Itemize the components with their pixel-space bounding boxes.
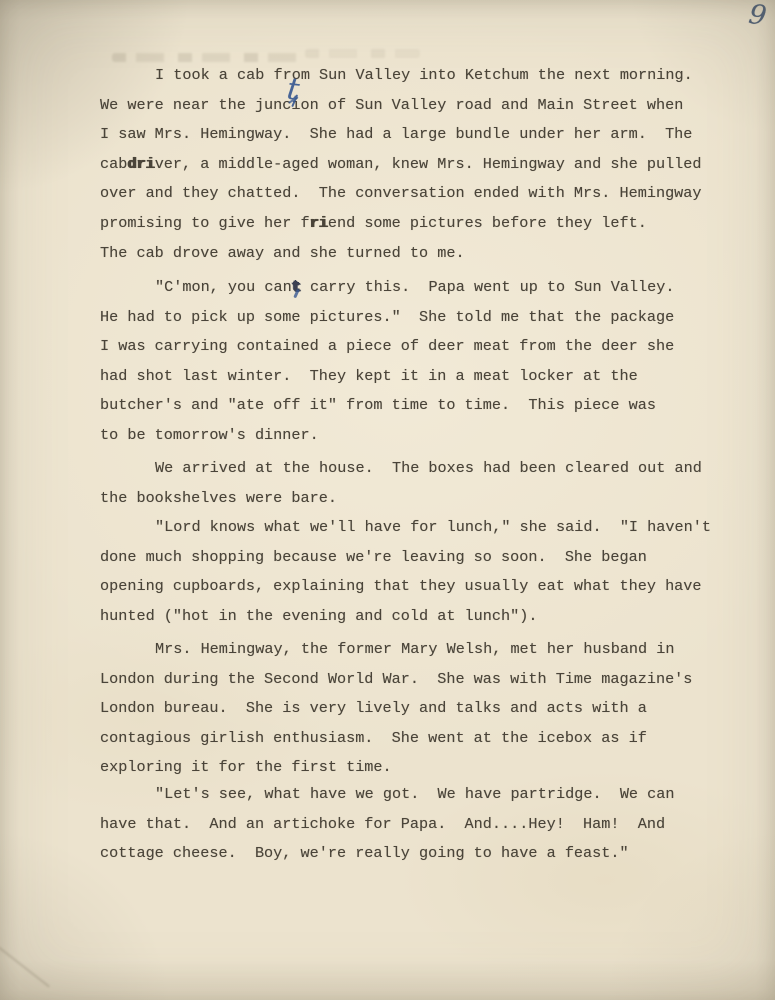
typed-line: contagious girlish enthusiasm. She went … xyxy=(100,724,750,754)
typed-line: cabdriver, a middle-aged woman, knew Mrs… xyxy=(100,150,750,180)
typed-line: opening cupboards, explaining that they … xyxy=(100,572,750,602)
typed-text: had shot last winter. They kept it in a … xyxy=(100,367,638,385)
typed-line: I took a cab from Sun Valley into Ketchu… xyxy=(100,61,750,91)
paragraph-5: Mrs. Hemingway, the former Mary Welsh, m… xyxy=(100,635,750,783)
typed-line: hunted ("hot in the evening and cold at … xyxy=(100,602,750,632)
typed-line: He had to pick up some pictures." She to… xyxy=(100,303,750,333)
typed-text: exploring it for the first time. xyxy=(100,758,392,776)
corrected-char: it xyxy=(291,96,300,114)
typed-text: ver, a middle-aged woman, knew Mrs. Hemi… xyxy=(155,155,702,173)
typed-text: on of Sun Valley road and Main Street wh… xyxy=(301,96,684,114)
typed-line: I was carrying contained a piece of deer… xyxy=(100,332,750,362)
typed-text-block: I took a cab from Sun Valley into Ketchu… xyxy=(100,0,750,1000)
typed-line: over and they chatted. The conversation … xyxy=(100,179,750,209)
typed-text: hunted ("hot in the evening and cold at … xyxy=(100,607,537,625)
typed-text: to be tomorrow's dinner. xyxy=(100,426,319,444)
typed-text: "Let's see, what have we got. We have pa… xyxy=(155,785,675,803)
typed-text: I saw Mrs. Hemingway. She had a large bu… xyxy=(100,125,692,143)
paragraph-2: "C'mon, you cant carry this. Papa went u… xyxy=(100,273,750,451)
typed-line: butcher's and "ate off it" from time to … xyxy=(100,391,750,421)
ink-blot: t xyxy=(292,278,301,296)
typed-line: done much shopping because we're leaving… xyxy=(100,543,750,573)
typed-text: We were near the junc xyxy=(100,96,291,114)
typed-text: I was carrying contained a piece of deer… xyxy=(100,337,674,355)
typed-text: We arrived at the house. The boxes had b… xyxy=(155,459,702,477)
typed-text: butcher's and "ate off it" from time to … xyxy=(100,396,656,414)
typed-text: London bureau. She is very lively and ta… xyxy=(100,699,647,717)
handwritten-insertion-mark: t xyxy=(286,74,302,105)
typed-text: cab xyxy=(100,155,127,173)
typed-text: contagious girlish enthusiasm. She went … xyxy=(100,729,647,747)
typed-text: The cab drove away and she turned to me. xyxy=(100,244,465,262)
overstruck-text: ri xyxy=(310,214,328,232)
typed-text: promising to give her f xyxy=(100,214,310,232)
typed-line: London bureau. She is very lively and ta… xyxy=(100,694,750,724)
typed-text: have that. And an artichoke for Papa. An… xyxy=(100,815,665,833)
typed-text: He had to pick up some pictures." She to… xyxy=(100,308,674,326)
typed-text: I took a cab from Sun Valley into Ketchu… xyxy=(155,66,693,84)
typed-line: We were near the junciton of Sun Valley … xyxy=(100,91,750,121)
typed-text: cottage cheese. Boy, we're really going … xyxy=(100,844,629,862)
typed-line: The cab drove away and she turned to me. xyxy=(100,239,750,269)
typed-line: cottage cheese. Boy, we're really going … xyxy=(100,839,750,869)
typed-line: I saw Mrs. Hemingway. She had a large bu… xyxy=(100,120,750,150)
typed-line: "C'mon, you cant carry this. Papa went u… xyxy=(100,273,750,303)
typed-line: the bookshelves were bare. xyxy=(100,484,750,514)
typed-text: opening cupboards, explaining that they … xyxy=(100,577,702,595)
paragraph-1: I took a cab from Sun Valley into Ketchu… xyxy=(100,61,750,268)
typed-line: have that. And an artichoke for Papa. An… xyxy=(100,810,750,840)
typed-line: exploring it for the first time. xyxy=(100,753,750,783)
typed-line: Mrs. Hemingway, the former Mary Welsh, m… xyxy=(100,635,750,665)
paper-crease xyxy=(0,947,50,988)
typed-text: "Lord knows what we'll have for lunch," … xyxy=(155,518,711,536)
paragraph-3: We arrived at the house. The boxes had b… xyxy=(100,454,750,513)
typed-text: carry this. Papa went up to Sun Valley. xyxy=(301,278,675,296)
typed-text: done much shopping because we're leaving… xyxy=(100,548,647,566)
typed-line: had shot last winter. They kept it in a … xyxy=(100,362,750,392)
typed-text: Mrs. Hemingway, the former Mary Welsh, m… xyxy=(155,640,675,658)
typed-text: London during the Second World War. She … xyxy=(100,670,692,688)
typed-line: We arrived at the house. The boxes had b… xyxy=(100,454,750,484)
typed-text: "C'mon, you can xyxy=(155,278,292,296)
typed-text: end some pictures before they left. xyxy=(328,214,647,232)
typed-line: "Let's see, what have we got. We have pa… xyxy=(100,780,750,810)
typed-text: over and they chatted. The conversation … xyxy=(100,184,702,202)
typed-line: London during the Second World War. She … xyxy=(100,665,750,695)
typed-line: "Lord knows what we'll have for lunch," … xyxy=(100,513,750,543)
overstruck-text: dri xyxy=(127,155,154,173)
typed-line: promising to give her friend some pictur… xyxy=(100,209,750,239)
paragraph-6: "Let's see, what have we got. We have pa… xyxy=(100,780,750,869)
typed-line: to be tomorrow's dinner. xyxy=(100,421,750,451)
typed-text: the bookshelves were bare. xyxy=(100,489,337,507)
manuscript-page: 9 I took a cab from Sun Valley into Ketc… xyxy=(0,0,775,1000)
paragraph-4: "Lord knows what we'll have for lunch," … xyxy=(100,513,750,631)
